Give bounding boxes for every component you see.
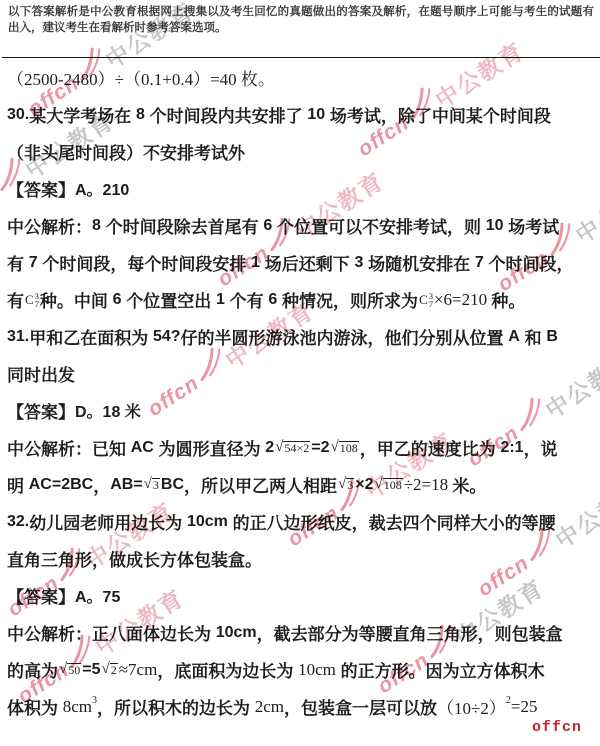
text-segment: 场考试，除了中间某个时间段 [325, 102, 551, 127]
sqrt-expression: √3 [338, 476, 354, 493]
radicand-text: 50 [67, 663, 81, 677]
text-segment: ≈7cm [119, 660, 158, 680]
text-segment: 10cm [187, 513, 228, 531]
text-segment: 某大学考场在 [29, 102, 136, 127]
text-segment: 30. [7, 106, 29, 124]
radicand-text: 2 [110, 663, 118, 677]
sqrt-expression: √50 [59, 661, 81, 678]
radicand-text: 3 [346, 478, 354, 492]
text-segment: 同时出发 [7, 361, 75, 386]
text-segment: BC [161, 476, 184, 494]
radicand-text: 54×2 [283, 441, 310, 455]
text-segment: 32. [7, 513, 29, 531]
text-segment: A。210 [75, 177, 129, 200]
text-segment: 2 [265, 439, 274, 457]
text-line: 有C37种。中间 6 个位置空出 1 个有 6 种情况，则所求为C37×6=21… [7, 281, 599, 318]
text-segment: 2:1 [500, 439, 523, 457]
text-segment: 种情况，则所求为 [277, 287, 418, 312]
text-line: 中公解析：正八面体边长为 10cm，截去部分为等腰直角三角形，则包装盒 [7, 614, 599, 651]
text-segment: B [546, 328, 558, 346]
combination-letter: C [419, 292, 428, 308]
text-segment: 体积为 [7, 694, 63, 719]
combination-indices: 37 [429, 292, 433, 308]
text-segment: （非头尾时间段）不安排考试外 [7, 139, 245, 164]
text-segment: 的正八边形纸皮，裁去四个同样大小的等腰 [228, 509, 556, 534]
text-segment: ，甲乙的速度比为 [360, 435, 501, 460]
combination-symbol: C37 [25, 292, 39, 308]
text-segment: AB= [110, 476, 142, 494]
text-segment: 中公解析： [7, 213, 92, 238]
text-segment: ，底面积为边长为 [157, 657, 298, 682]
combination-letter: C [25, 292, 34, 308]
divider-line [2, 57, 600, 58]
radical-sign-icon: √ [275, 439, 283, 456]
text-segment: 有 [7, 250, 29, 275]
text-segment: 6 [113, 291, 122, 309]
text-line: 【答案】A。210 [7, 170, 599, 207]
radicand-text: 108 [339, 441, 359, 455]
text-line: （非头尾时间段）不安排考试外 [7, 133, 599, 170]
text-line: 有 7 个时间段，每个时间段安排 1 场后还剩下 3 场随机安排在 7 个时间段… [7, 244, 599, 281]
text-segment: 场随机安排在 [363, 250, 474, 275]
text-segment: 10 [307, 106, 325, 124]
radical-sign-icon: √ [59, 661, 67, 678]
text-segment: 个时间段除去首尾有 [101, 213, 263, 238]
text-segment: 有 [7, 287, 24, 312]
text-segment: 中公解析：已知 [7, 435, 131, 460]
radicand-text: 3 [152, 478, 160, 492]
text-segment: 1 [216, 291, 225, 309]
text-line: 同时出发 [7, 355, 599, 392]
text-segment: 种。中间 [40, 287, 113, 312]
text-segment: ，所以积木的边长为 [97, 694, 255, 719]
sqrt-expression: √108 [330, 439, 358, 456]
text-segment: 【答案】 [7, 398, 75, 423]
text-segment: 和 [520, 324, 546, 349]
text-segment: 个时间段， [484, 250, 574, 275]
text-segment: 明 [7, 472, 29, 497]
text-segment: 31. [7, 328, 29, 346]
text-segment: 中公解析：正八面体边长为 [7, 620, 216, 645]
text-segment: （10÷2） [437, 694, 506, 719]
text-segment: ，说 [524, 435, 558, 460]
text-segment: 6 [268, 291, 277, 309]
text-segment: 个位置可以不安排考试，则 [272, 213, 485, 238]
text-segment: 米。 [452, 472, 486, 497]
text-segment: 8 [92, 217, 101, 235]
text-segment: 3 [354, 254, 363, 272]
text-segment: ，截去部分为等腰直角三角形，则包装盒 [257, 620, 563, 645]
sqrt-expression: √108 [374, 476, 402, 493]
text-segment: 直角三角形，做成长方体包装盒。 [7, 546, 262, 571]
watermark-offcn-text: offcn [0, 181, 3, 232]
text-segment: 【答案】 [7, 583, 75, 608]
footer-offcn-logo: offcn [532, 719, 582, 736]
text-segment: 幼儿园老师用边长为 [29, 509, 187, 534]
text-segment: A [508, 328, 520, 346]
text-line: 明 AC=2BC，AB=√3BC，所以甲乙两人相距√3×2√108÷2=18 米… [7, 466, 599, 503]
text-segment: ， [93, 472, 110, 497]
text-line: 30.某大学考场在 8 个时间段内共安排了 10 场考试，除了中间某个时间段 [7, 96, 599, 133]
radical-sign-icon: √ [374, 476, 382, 493]
text-segment: 1 [251, 254, 260, 272]
combination-symbol: C37 [419, 292, 433, 308]
text-segment: D。18 米 [75, 399, 141, 422]
text-segment: AC=2BC [29, 476, 93, 494]
text-segment: =5 [82, 661, 100, 679]
text-segment: =2 [311, 439, 329, 457]
text-segment: 10cm [298, 660, 336, 680]
text-segment: （2500-2480）÷（0.1+0.4）=40 枚。 [7, 65, 275, 90]
text-line: 的高为√50=5√2≈7cm，底面积为边长为 10cm 的正方形。因为立方体积木 [7, 651, 599, 688]
text-line: 【答案】A。75 [7, 577, 599, 614]
text-segment: 个位置空出 [122, 287, 216, 312]
radical-sign-icon: √ [330, 439, 338, 456]
disclaimer-text: 以下答案解析是中公教育根据网上搜集以及考生回忆的真题做出的答案及解析，在题号顺序… [8, 5, 594, 36]
text-segment: 为圆形直径为 [154, 435, 265, 460]
text-segment: 甲和乙在面积为 [29, 324, 153, 349]
text-line: 直角三角形，做成长方体包装盒。 [7, 540, 599, 577]
text-segment: 个时间段，每个时间段安排 [38, 250, 251, 275]
text-line: 32.幼儿园老师用边长为 10cm 的正八边形纸皮，裁去四个同样大小的等腰 [7, 503, 599, 540]
text-segment: 8cm [63, 697, 92, 717]
text-segment: 7 [475, 254, 484, 272]
text-line: （2500-2480）÷（0.1+0.4）=40 枚。 [7, 59, 599, 96]
text-segment: 仔的半圆形游泳池内游泳，他们分别从位置 [181, 324, 509, 349]
text-segment: 2cm [255, 697, 284, 717]
text-line: 【答案】D。18 米 [7, 392, 599, 429]
text-segment: ÷2=18 [404, 475, 453, 495]
text-segment: 的正方形。因为立方体积木 [336, 657, 545, 682]
sqrt-expression: √2 [101, 661, 117, 678]
content-lines: （2500-2480）÷（0.1+0.4）=40 枚。30.某大学考场在 8 个… [7, 59, 599, 725]
combination-indices: 37 [35, 292, 39, 308]
text-segment: 场考试 [504, 213, 560, 238]
text-segment: 8 [136, 106, 145, 124]
text-segment: 6 [263, 217, 272, 235]
text-line: 中公解析：8 个时间段除去首尾有 6 个位置可以不安排考试，则 10 场考试 [7, 207, 599, 244]
text-line: 体积为 8cm3，所以积木的边长为 2cm，包装盒一层可以放（10÷2）2=25 [7, 688, 599, 725]
text-segment: 的高为 [7, 657, 58, 682]
sqrt-expression: √3 [144, 476, 160, 493]
text-segment: ，包装盒一层可以放 [284, 694, 437, 719]
sqrt-expression: √54×2 [275, 439, 310, 456]
text-segment: 10 [486, 217, 504, 235]
text-segment: 54? [153, 328, 181, 346]
text-segment: 种。 [491, 287, 525, 312]
text-line: 中公解析：已知 AC 为圆形直径为 2√54×2=2√108，甲乙的速度比为 2… [7, 429, 599, 466]
radical-sign-icon: √ [101, 661, 109, 678]
text-segment: ×2 [355, 476, 373, 494]
text-segment: 场后还剩下 [260, 250, 354, 275]
text-segment: ×6=210 [434, 290, 491, 310]
text-segment: 10cm [216, 624, 257, 642]
text-segment: 个时间段内共安排了 [145, 102, 307, 127]
text-segment: A。75 [75, 584, 120, 607]
text-segment: ，所以甲乙两人相距 [184, 472, 337, 497]
radical-sign-icon: √ [338, 476, 346, 493]
text-segment: =25 [511, 697, 538, 717]
radical-sign-icon: √ [144, 476, 152, 493]
text-segment: 【答案】 [7, 176, 75, 201]
text-segment: AC [131, 439, 154, 457]
text-segment: 个有 [225, 287, 268, 312]
text-segment: 7 [29, 254, 38, 272]
text-line: 31.甲和乙在面积为 54?仔的半圆形游泳池内游泳，他们分别从位置 A 和 B [7, 318, 599, 355]
radicand-text: 108 [383, 478, 403, 492]
